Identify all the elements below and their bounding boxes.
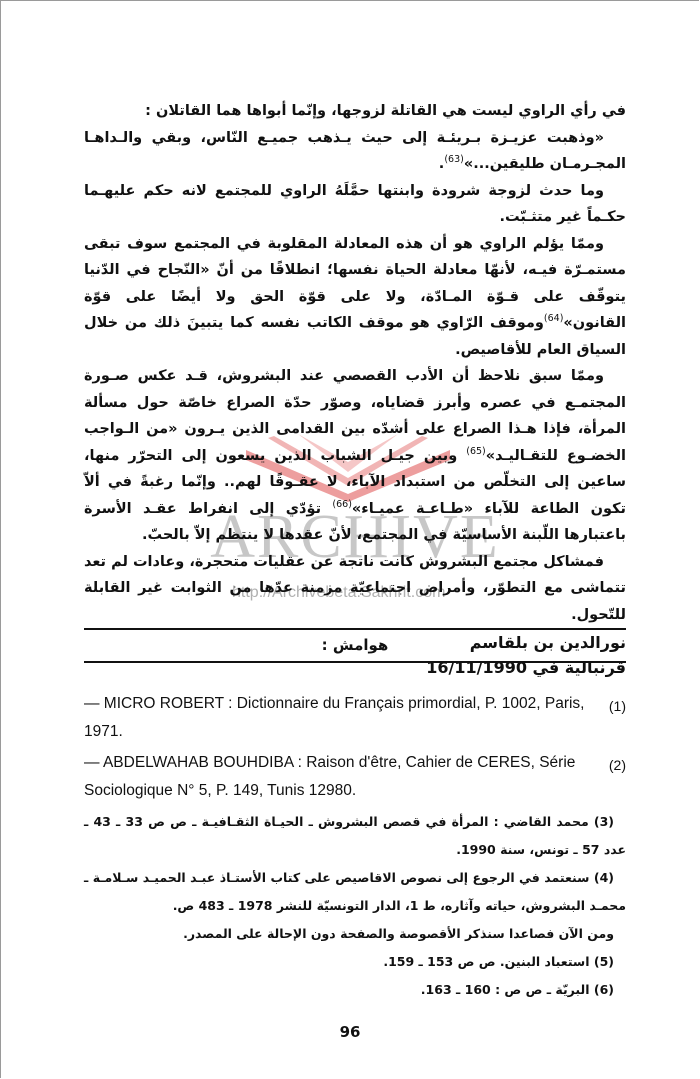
article-body: في رأي الراوي ليست هي القاتلة لزوجها، وإ… (84, 98, 626, 680)
footnote-ref-65[interactable]: (65) (466, 446, 486, 457)
footnote-ref-63[interactable]: (63) (444, 154, 464, 165)
footnote-number: (1) (609, 692, 626, 720)
notes-divider-bottom (84, 661, 626, 663)
footnote-5: (5) استعباد البنين. ص ص 153 ـ 159. (84, 948, 626, 976)
paragraph-2-quote: «وذهبت عزيـزة بـريئـة إلى حيث يـذهب جميـ… (84, 125, 626, 178)
notes-divider-top (84, 628, 626, 630)
footnote-ref-64[interactable]: (64) (544, 313, 564, 324)
place-date: قرنبالية في 16/11/1990 (84, 655, 626, 680)
footnote-4: (4) سنعتمد في الرجوع إلى نصوص الاقاصيص ع… (84, 864, 626, 920)
paragraph-1: في رأي الراوي ليست هي القاتلة لزوجها، وإ… (84, 98, 626, 125)
quote-text: «وذهبت عزيـزة بـريئـة إلى حيث يـذهب جميـ… (84, 130, 626, 173)
notes-title: هوامش : (84, 636, 626, 654)
paragraph-4: وممّا يؤلم الراوي هو أن هذه المعادلة الم… (84, 231, 626, 364)
footnote-3: (3) محمد القاضي : المرأة في قصص البشروش … (84, 808, 626, 864)
page-number: 96 (0, 1023, 700, 1041)
paragraph-6: فمشاكل مجتمع البشروش كانت ناتجة عن عقليا… (84, 549, 626, 629)
footnote-ref-66[interactable]: (66) (332, 499, 352, 510)
paragraph-3: وما حدث لزوجة شرودة وابنتها حمَّلَهُ الر… (84, 178, 626, 231)
footnote-number: (2) (609, 751, 626, 779)
footnote-6: (6) البريّة ـ ص ص : 160 ـ 163. (84, 976, 626, 1004)
paragraph-5: وممّا سبق نلاحظ أن الأدب القصصي عند البش… (84, 363, 626, 549)
footnote-2: (2)— ABDELWAHAB BOUHDIBA : Raison d'être… (84, 749, 626, 805)
footnotes: (1)— MICRO ROBERT : Dictionnaire du Fran… (84, 690, 626, 1004)
footnote-1: (1)— MICRO ROBERT : Dictionnaire du Fran… (84, 690, 626, 746)
footnote-4-continuation: ومن الآن فصاعدا سنذكر الأقصوصة والصفحة د… (84, 920, 626, 948)
